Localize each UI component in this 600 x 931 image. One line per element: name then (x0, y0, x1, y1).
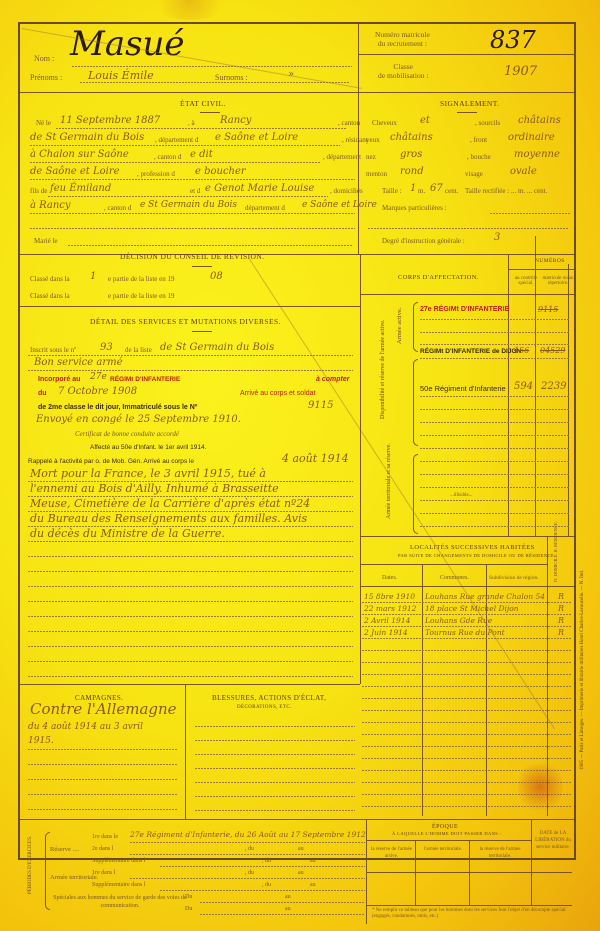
printer-imprint: 1905 — Paris et Limoges. — Imprimerie et… (580, 570, 585, 770)
lieu-naissance: Rancy (220, 115, 251, 126)
armee-active-label: Armée active. (396, 308, 403, 344)
classe-value: 1907 (504, 64, 537, 79)
localite-date: 22 mars 1912 (364, 604, 416, 613)
mere: e Genot Marie Louise (205, 183, 314, 194)
matricule-value: 837 (490, 26, 536, 54)
matricule-label: Numéro matriculedu recrutement : (375, 30, 430, 48)
corps-row: RÉGIMt D'INFANTERIE de DIJON (420, 348, 521, 355)
registre-matricule-sheet: Nom : Masué Prénoms : Louis Émile Surnom… (18, 22, 576, 860)
nom-label: Nom : (34, 54, 54, 63)
localite-commune: Louhans Rue grande Chalon 54 (425, 592, 545, 601)
corps-title: CORPS D'AFFECTATION. (398, 274, 479, 281)
mort-line: Mort pour la France, le 3 avril 1915, tu… (30, 467, 266, 480)
localite-date: 15 8bre 1910 (364, 592, 415, 601)
dispo-label: Disponibilité et réserve de l'armée acti… (380, 349, 386, 419)
nom-value: Masué (70, 24, 185, 64)
profession: e boucher (195, 166, 246, 177)
prenoms-label: Prénoms : (30, 73, 62, 82)
campagne-line: Contre l'Allemagne (30, 700, 177, 718)
epoque-footnote: * Ne remplir ce tableau que pour les hom… (372, 908, 567, 920)
localite-commune: 18 place St Michel Dijon (425, 604, 519, 613)
mort-line: Meuse, Cimetière de la Carrière d'après … (30, 497, 310, 510)
exercice-1: 27e Régiment d'Infanterie, du 26 Août au… (130, 830, 366, 839)
marie-label: Marié le (34, 237, 58, 245)
taille-value: 67 (430, 183, 443, 194)
ne-le-label: Né le (36, 119, 51, 127)
mort-line: du Bureau des Renseignements aux famille… (30, 512, 307, 525)
classe-label: Classede mobilisation : (378, 62, 428, 80)
localite-commune: Tournus Rue du Pont (425, 628, 505, 637)
services-title: DÉTAIL DES SERVICES ET MUTATIONS DIVERSE… (90, 317, 281, 326)
periodes-exercices-label: PÉRIODES D'EXERCICES. (28, 836, 33, 894)
pere: feu Émiland (50, 183, 111, 194)
corps-row: 27e RÉGIMt D'INFANTERIE (420, 306, 509, 313)
campagne-line: 1915. (28, 736, 54, 746)
campagne-line: du 4 août 1914 au 3 avril (28, 722, 143, 732)
territoriale-label: Armée territoriale et sa réserve. (386, 443, 392, 519)
conseil-title: DÉCISION DU CONSEIL DE REVISION. (120, 252, 264, 261)
signalement-title: SIGNALEMENT. (440, 99, 499, 108)
canton-naissance: de St Germain du Bois (30, 132, 144, 143)
blessures-title: BLESSURES, ACTIONS D'ÉCLAT, (212, 694, 326, 702)
corps-row: 50e Régiment d'Infanterie (420, 384, 506, 393)
localite-commune: Louhans Gde Rue (425, 616, 492, 625)
residence: à Chalon sur Saône (30, 149, 129, 160)
epoque-title: ÉPOQUE (432, 824, 458, 830)
localites-title: LOCALITÉS SUCCESSIVES HABITÉES (410, 544, 535, 551)
localite-date: 2 Juin 1914 (364, 628, 408, 637)
date-liberation-title: DATE de LA LIBÉRATION du service militai… (534, 830, 572, 851)
surnoms-label: Surnoms : (215, 73, 248, 82)
prenoms-value: Louis Émile (88, 69, 154, 82)
degre-value: 3 (494, 232, 500, 243)
etat-civil-title: ÉTAT CIVIL. (180, 99, 226, 108)
reserve-label: Réserve .... (50, 846, 79, 853)
mort-line: du décès du Ministre de la Guerre. (30, 527, 225, 540)
mort-line: l'ennemi au Bois d'Ailly. Inhumé à Brass… (30, 482, 279, 495)
localite-date: 2 Avril 1914 (364, 616, 410, 625)
ne-le-value: 11 Septembre 1887 (60, 115, 160, 126)
